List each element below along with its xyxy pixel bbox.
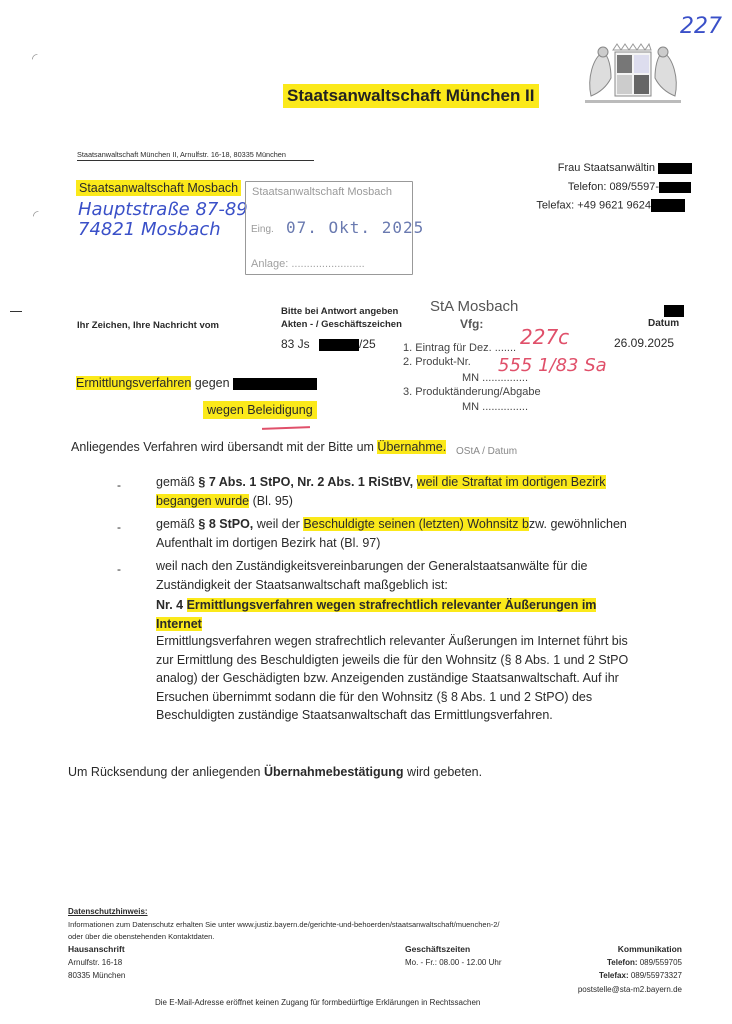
sender-return-address: Staatsanwaltschaft München II, Arnulfstr…	[77, 150, 314, 161]
margin-mark: ◜	[33, 207, 38, 224]
intro-highlight: Übernahme.	[377, 440, 446, 454]
contact-fax-prefix: Telefax: +49 9621 9624	[536, 199, 651, 211]
intro-text: Anliegendes Verfahren wird übersandt mit…	[71, 440, 446, 454]
footer-phone-label: Telefon:	[607, 958, 638, 967]
receipt-stamp: Staatsanwaltschaft Mosbach Eing. 07. Okt…	[245, 181, 413, 275]
bullet-legal-ref: § 8 StPO,	[198, 517, 253, 531]
stamp-received-date: 07. Okt. 2025	[286, 218, 424, 237]
jurisdiction-rule-nr4: Nr. 4 Ermittlungsverfahren wegen strafre…	[156, 596, 636, 634]
margin-mark: ◜	[32, 50, 37, 67]
closing-text: Um Rücksendung der anliegenden Übernahme…	[68, 765, 482, 779]
footer-hours-line: Mo. - Fr.: 08.00 - 12.00 Uhr	[405, 958, 501, 967]
processing-stamp-item: 3. Produktänderung/Abgabe	[403, 386, 541, 398]
bullet-legal-ref: § 7 Abs. 1 StPO, Nr. 2 Abs. 1 RiStBV,	[198, 475, 413, 489]
bavarian-coat-of-arms-icon	[583, 38, 683, 106]
footer-address-title: Hausanschrift	[68, 944, 125, 954]
stamp-org: Staatsanwaltschaft Mosbach	[252, 186, 392, 198]
bullet-marker: -	[117, 520, 121, 534]
footer-hours-title: Geschäftszeiten	[405, 944, 470, 954]
contact-phone: Telefon: 089/5597-	[568, 181, 691, 193]
processing-stamp-item: MN ...............	[462, 401, 528, 413]
footer-comm-title: Kommunikation	[618, 944, 682, 954]
bullet-item: gemäß § 8 StPO, weil der Beschuldigte se…	[156, 515, 631, 553]
bullet-text: gemäß	[156, 475, 198, 489]
reply-hint-line2: Akten - / Geschäftszeichen	[281, 319, 402, 330]
file-number: 83 Js /25	[281, 337, 376, 351]
handwritten-dezernat: 227c	[520, 325, 569, 349]
contact-phone-prefix: Telefon: 089/5597-	[568, 181, 659, 193]
bullet-item: weil nach den Zuständigkeitsvereinbarung…	[156, 557, 631, 595]
rule-number: Nr. 4	[156, 598, 187, 612]
bullet-marker: -	[117, 562, 121, 576]
redaction-bar	[664, 305, 684, 317]
subject-highlight: Ermittlungsverfahren	[76, 376, 191, 390]
file-number-prefix: 83 Js	[281, 337, 310, 351]
closing-post: wird gebeten.	[404, 765, 483, 779]
footer-phone-value: 089/559705	[638, 958, 683, 967]
redaction-bar	[233, 378, 317, 390]
reply-hint-line1: Bitte bei Antwort angeben	[281, 306, 398, 317]
bullet-highlight: Beschuldigte seinen (letzten) Wohnsitz b	[303, 517, 529, 531]
subject-line: Ermittlungsverfahren gegen	[76, 376, 317, 390]
bullet-text: weil nach den Zuständigkeitsvereinbarung…	[156, 559, 588, 592]
subject-reason: wegen Beleidigung	[203, 401, 317, 419]
subject-rest: gegen	[191, 376, 233, 390]
footer-email-note: Die E-Mail-Adresse eröffnet keinen Zugan…	[155, 998, 480, 1007]
handwritten-page-number: 227	[680, 14, 722, 39]
bullet-marker: -	[117, 478, 121, 492]
privacy-title: Datenschutzhinweis:	[68, 907, 148, 916]
processing-stamp-title: StA Mosbach	[430, 298, 518, 315]
footer-fax-value: 089/55973327	[629, 971, 682, 980]
processing-stamp-item: 2. Produkt-Nr.	[403, 356, 471, 368]
page-title: Staatsanwaltschaft München II	[283, 84, 539, 108]
rule-title-highlight: Ermittlungsverfahren wegen strafrechtlic…	[156, 598, 596, 631]
bullet-text: (Bl. 95)	[249, 494, 293, 508]
rule-detail-text: Ermittlungsverfahren wegen strafrechtlic…	[156, 632, 634, 725]
stamp-overprint: OStA / Datum	[456, 446, 517, 457]
bullet-text: gemäß	[156, 517, 198, 531]
date-label: Datum	[648, 318, 679, 329]
privacy-text: oder über die obenstehenden Kontaktdaten…	[68, 932, 214, 941]
file-number-suffix: /25	[359, 337, 376, 351]
recipient-street-handwritten: Hauptstraße 87-89	[78, 199, 248, 220]
handwritten-mn: 555 1/83 Sa	[498, 355, 607, 376]
stamp-received-label: Eing.	[251, 224, 274, 235]
footer-email: poststelle@sta-m2.bayern.de	[578, 985, 682, 994]
contact-prosecutor: Frau Staatsanwältin	[558, 162, 692, 174]
footer-address-line: Arnulfstr. 16-18	[68, 958, 122, 967]
processing-stamp-vfg: Vfg:	[460, 317, 483, 331]
processing-stamp-item: 1. Eintrag für Dez. .......	[403, 342, 516, 354]
footer-address-line: 80335 München	[68, 971, 125, 980]
closing-bold: Übernahmebestätigung	[264, 765, 404, 779]
redaction-bar	[659, 182, 691, 193]
redaction-bar	[319, 339, 359, 351]
redaction-bar	[651, 199, 685, 212]
privacy-text: Informationen zum Datenschutz erhalten S…	[68, 920, 500, 929]
redaction-bar	[658, 163, 692, 174]
intro-main: Anliegendes Verfahren wird übersandt mit…	[71, 440, 377, 454]
margin-fold-mark	[10, 311, 22, 312]
bullet-item: gemäß § 7 Abs. 1 StPO, Nr. 2 Abs. 1 RiSt…	[156, 473, 631, 511]
footer-fax-label: Telefax:	[599, 971, 629, 980]
footer-phone: Telefon: 089/559705	[607, 958, 682, 967]
contact-name-prefix: Frau Staatsanwältin	[558, 162, 655, 174]
date-value: 26.09.2025	[614, 336, 674, 350]
recipient-city-handwritten: 74821 Mosbach	[78, 219, 221, 240]
stamp-attachment-label: Anlage: ........................	[251, 258, 365, 270]
bullet-text: weil der	[253, 517, 303, 531]
recipient-name: Staatsanwaltschaft Mosbach	[76, 180, 241, 196]
footer-fax: Telefax: 089/55973327	[599, 971, 682, 980]
handwritten-underline	[262, 426, 310, 430]
contact-fax: Telefax: +49 9621 9624	[536, 199, 685, 212]
your-reference-label: Ihr Zeichen, Ihre Nachricht vom	[77, 320, 219, 331]
closing-pre: Um Rücksendung der anliegenden	[68, 765, 264, 779]
